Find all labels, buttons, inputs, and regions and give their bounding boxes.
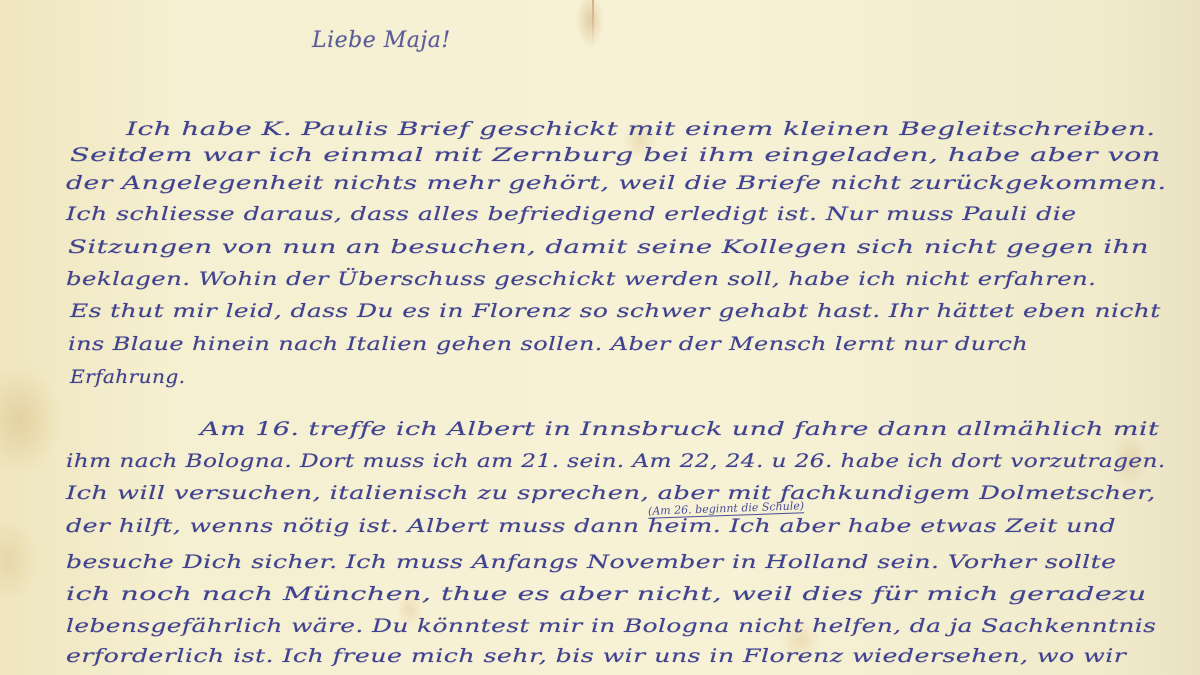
paper-crease bbox=[592, 0, 594, 45]
letter-line: Erfahrung. bbox=[70, 366, 185, 388]
letter-line: ich noch nach München, thue es aber nich… bbox=[66, 583, 1147, 605]
letter-line: Sitzungen von nun an besuchen, damit sei… bbox=[68, 236, 1149, 258]
letter-line: erforderlich ist. Ich freue mich sehr, b… bbox=[66, 645, 1126, 667]
letter-line: beklagen. Wohin der Überschuss geschickt… bbox=[66, 268, 1096, 290]
letter-line: ihm nach Bologna. Dort muss ich am 21. s… bbox=[66, 450, 1166, 472]
letter-line: lebensgefährlich wäre. Du könntest mir i… bbox=[66, 615, 1156, 637]
letter-line: Seitdem war ich einmal mit Zernburg bei … bbox=[70, 144, 1161, 166]
letter-line: Ich schliesse daraus, dass alles befried… bbox=[66, 203, 1077, 225]
salutation: Liebe Maja! bbox=[312, 28, 451, 53]
letter-line: Ich will versuchen, italienisch zu sprec… bbox=[66, 482, 1156, 504]
letter-line: der Angelegenheit nichts mehr gehört, we… bbox=[66, 172, 1166, 194]
letter-page: Liebe Maja! Ich habe K. Paulis Brief ges… bbox=[0, 0, 1200, 675]
letter-line: Ich habe K. Paulis Brief geschickt mit e… bbox=[126, 118, 1156, 140]
letter-line: der hilft, wenns nötig ist. Albert muss … bbox=[66, 515, 1116, 537]
letter-line: Am 16. treffe ich Albert in Innsbruck un… bbox=[200, 418, 1159, 440]
letter-line: besuche Dich sicher. Ich muss Anfangs No… bbox=[66, 551, 1116, 573]
letter-line: ins Blaue hinein nach Italien gehen soll… bbox=[68, 333, 1028, 355]
letter-line: Es thut mir leid, dass Du es in Florenz … bbox=[70, 300, 1161, 322]
